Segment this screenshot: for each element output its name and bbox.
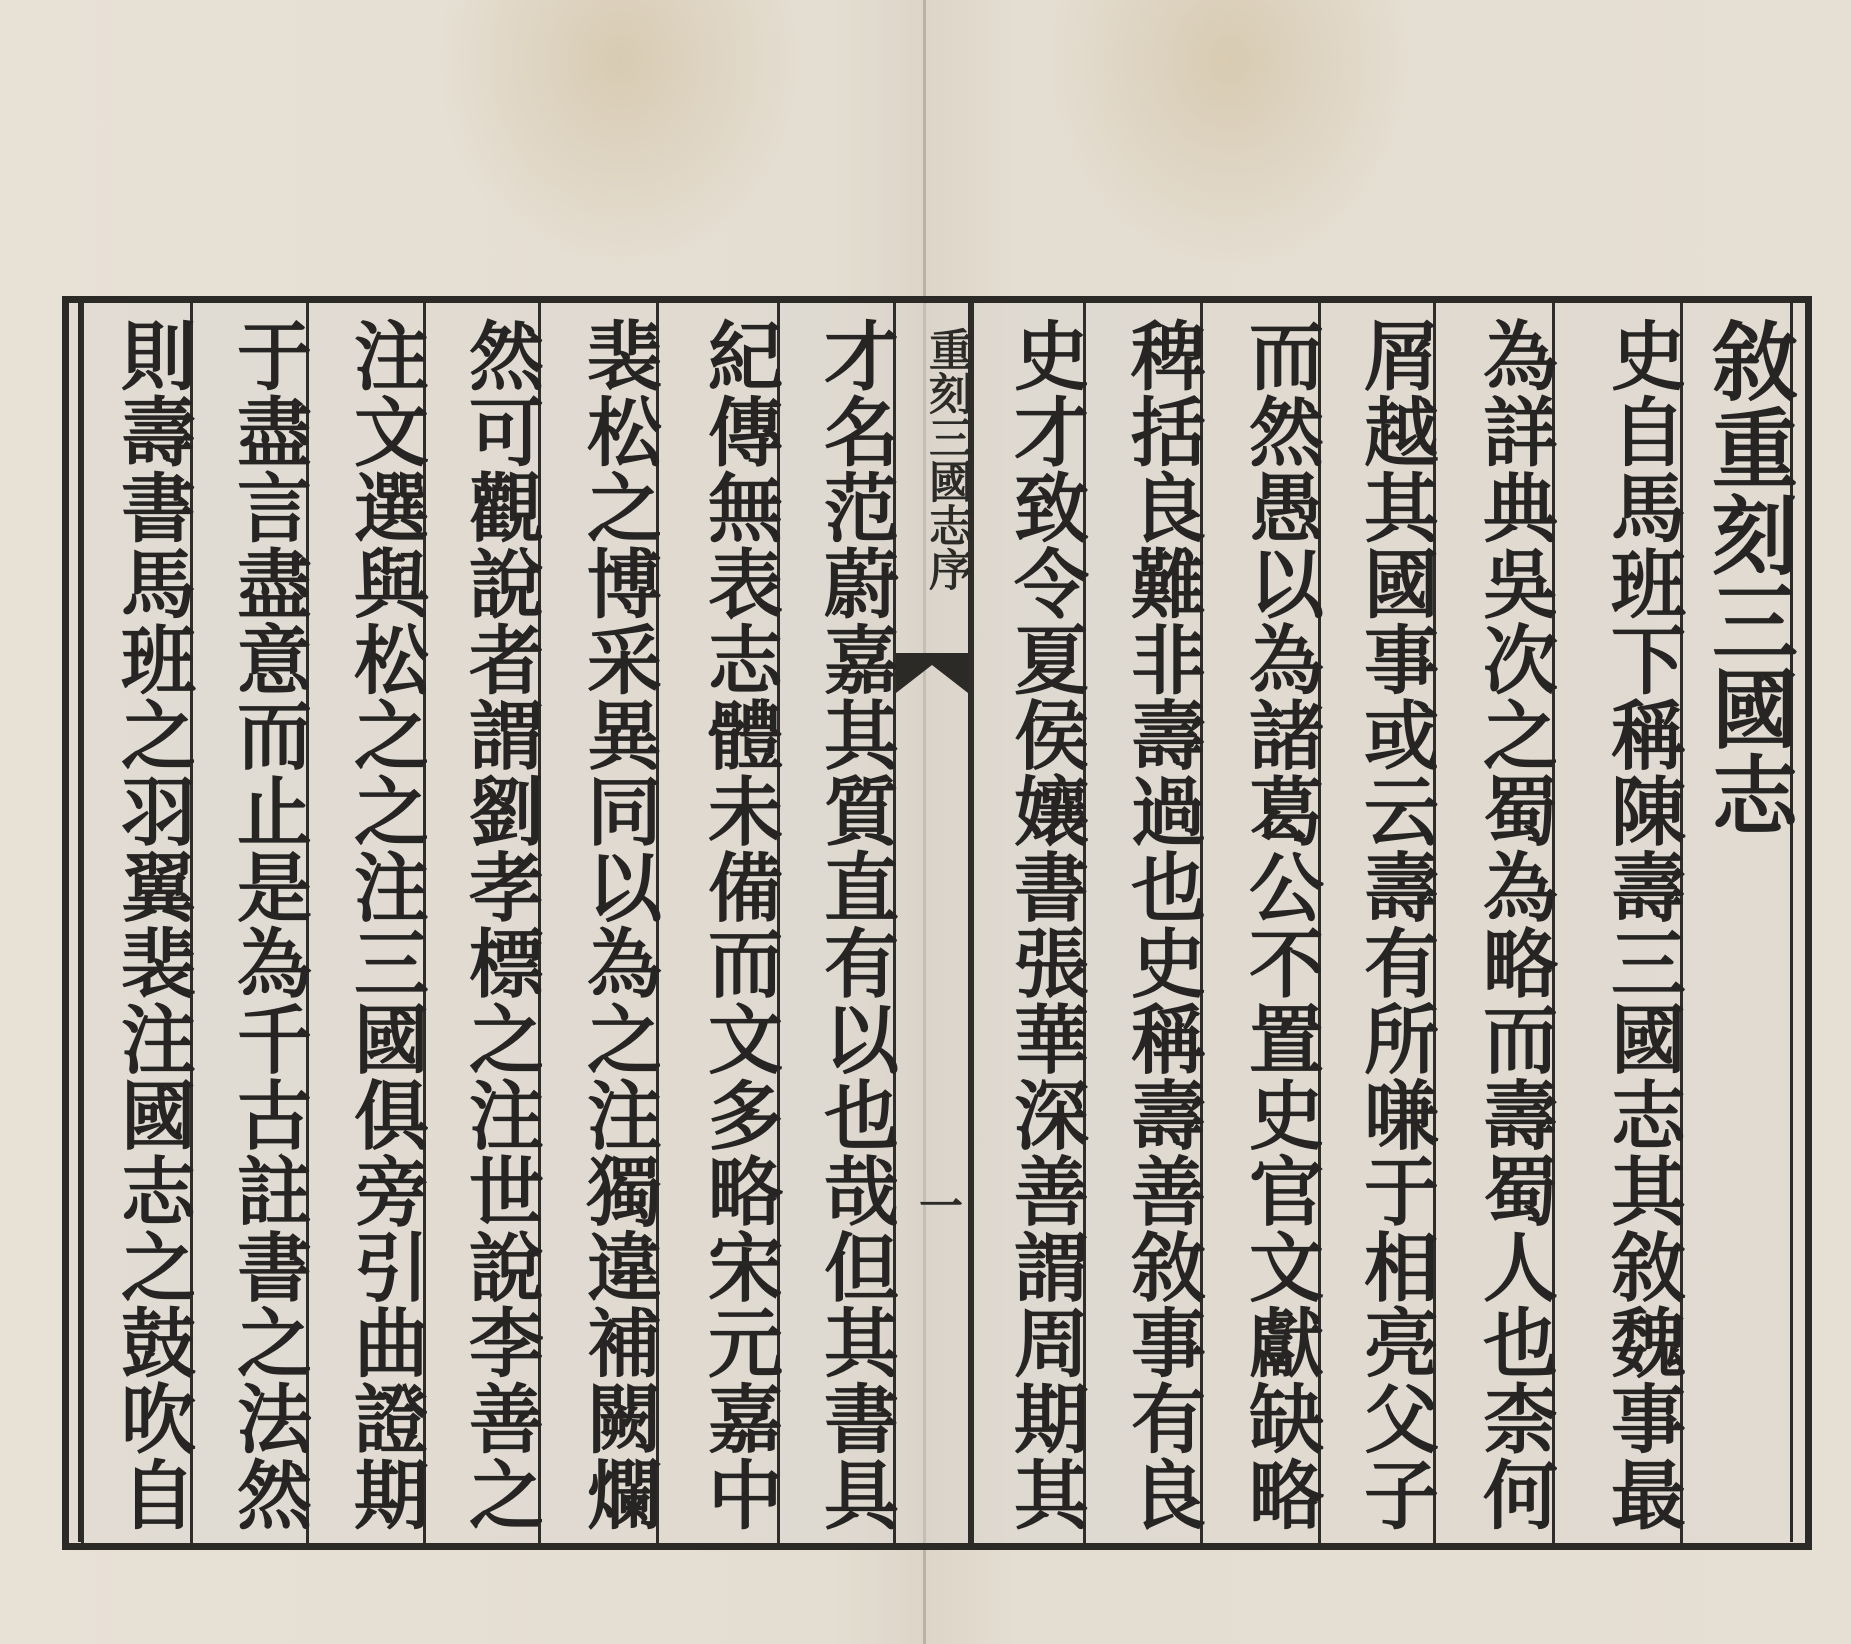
text-column-12: 注文選與松之之注三國俱旁引曲證期	[306, 303, 423, 1543]
text-column-14: 則壽書馬班之羽翼裴注國志之鼓吹自	[81, 303, 190, 1543]
folio-number: 一	[896, 1183, 968, 1227]
column-text: 裴松之博采異同以為之注獨違補闕爛	[541, 317, 656, 1532]
text-column-13: 于盡言盡意而止是為千古註書之法然	[190, 303, 306, 1543]
column-text: 然可觀說者謂劉孝標之注世說李善之	[426, 317, 538, 1532]
column-text: 紀傳無表志體未備而文多略宋元嘉中	[659, 317, 777, 1532]
column-text: 屑越其國事或云壽有所嗛于相亮父子	[1321, 317, 1433, 1532]
text-column-1: 敘重刻三國志	[1680, 303, 1790, 1543]
column-text: 敘重刻三國志	[1683, 317, 1790, 838]
banxin-title: 重刻三國志序	[896, 327, 968, 591]
text-column-6: 稗括良難非壽過也史稱壽善敘事有良	[1083, 303, 1200, 1543]
column-text: 注文選與松之之注三國俱旁引曲證期	[309, 317, 423, 1532]
fishtail-mark-icon	[896, 653, 968, 693]
column-text: 史才致令夏侯孃書張華深善謂周期其	[974, 317, 1083, 1532]
text-column-11: 然可觀說者謂劉孝標之注世說李善之	[423, 303, 538, 1543]
column-text: 為詳典吳次之蜀為略而壽蜀人也柰何	[1436, 317, 1552, 1532]
text-column-4: 屑越其國事或云壽有所嗛于相亮父子	[1318, 303, 1433, 1543]
text-column-10: 裴松之博采異同以為之注獨違補闕爛	[538, 303, 656, 1543]
column-text: 則壽書馬班之羽翼裴注國志之鼓吹自	[84, 317, 190, 1532]
text-column-9: 紀傳無表志體未備而文多略宋元嘉中	[656, 303, 777, 1543]
column-text: 史自馬班下稱陳壽三國志其敘魏事最	[1555, 317, 1680, 1532]
column-text: 稗括良難非壽過也史稱壽善敘事有良	[1086, 317, 1200, 1532]
text-column-7: 史才致令夏侯孃書張華深善謂周期其	[971, 303, 1083, 1543]
text-column-3: 為詳典吳次之蜀為略而壽蜀人也柰何	[1433, 303, 1552, 1543]
column-text: 而然愚以為諸葛公不置史官文獻缺略	[1203, 317, 1318, 1532]
text-column-2: 史自馬班下稱陳壽三國志其敘魏事最	[1552, 303, 1680, 1543]
column-text: 才名范蔚嘉其質直有以也哉但其書具	[780, 317, 893, 1532]
banxin-center-strip: 重刻三國志序 一	[893, 303, 971, 1543]
text-column-8: 才名范蔚嘉其質直有以也哉但其書具	[777, 303, 893, 1543]
column-text: 于盡言盡意而止是為千古註書之法然	[193, 317, 306, 1532]
text-column-5: 而然愚以為諸葛公不置史官文獻缺略	[1200, 303, 1318, 1543]
